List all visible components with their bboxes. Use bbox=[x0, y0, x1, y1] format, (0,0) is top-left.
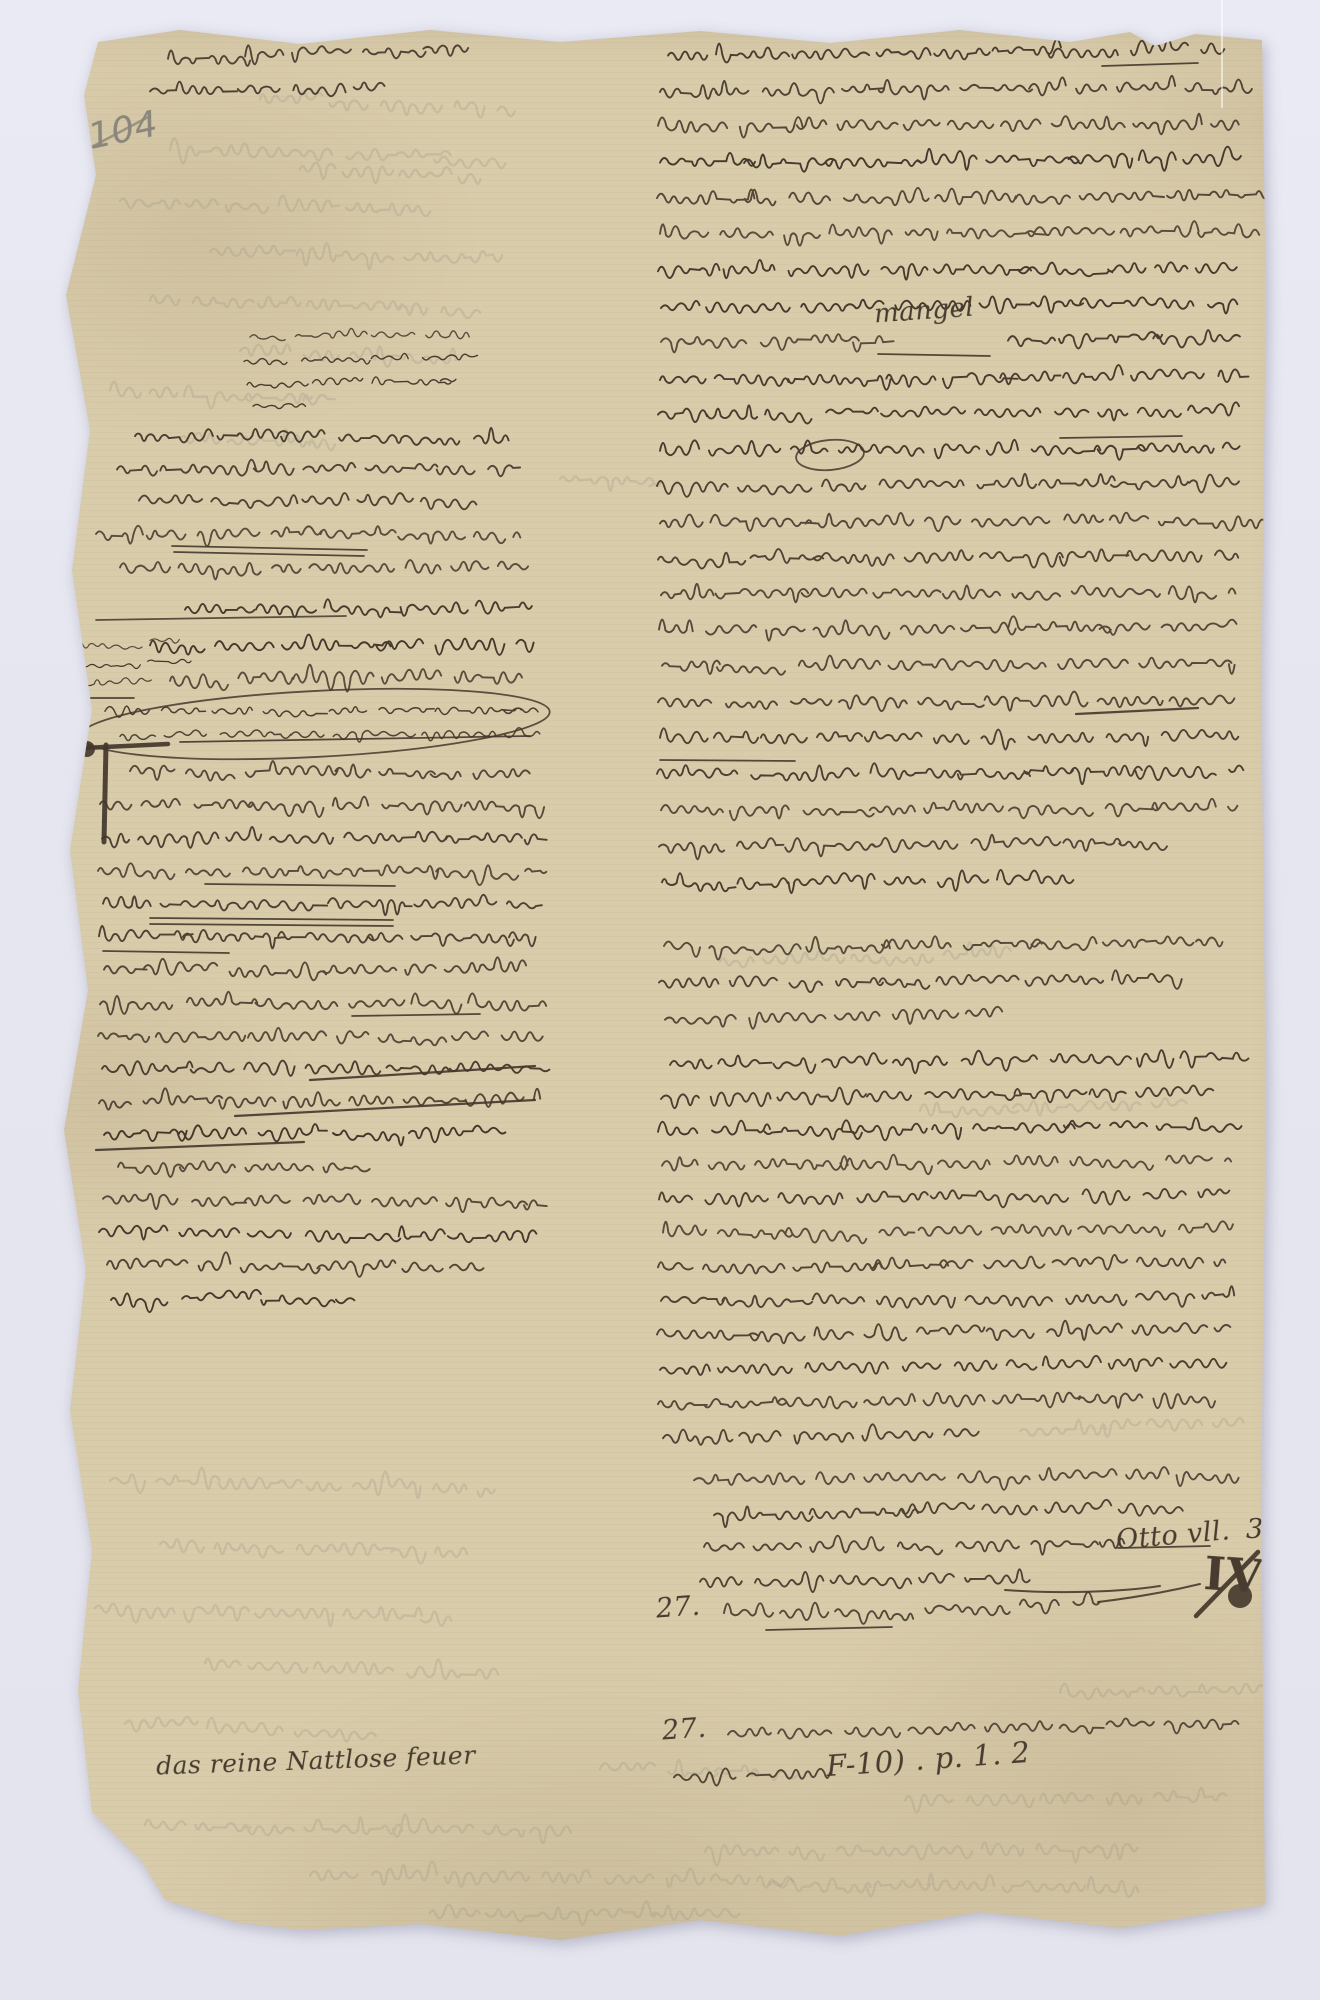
page-number: 104 bbox=[85, 103, 162, 158]
archive-mark-iv: IV bbox=[1202, 1546, 1265, 1604]
legible-fragments-layer: 104 mangel Otto vll. 3. IV 27. 27. F-10)… bbox=[0, 0, 1320, 2000]
footer-note: das reine Nattlose feuer bbox=[156, 1740, 476, 1780]
ref-27-first: 27. bbox=[655, 1590, 702, 1624]
reference-f10-p12: F-10) . p. 1. 2 bbox=[825, 1735, 1031, 1783]
manuscript-page: 104 mangel Otto vll. 3. IV 27. 27. F-10)… bbox=[0, 0, 1320, 2000]
word-mangel-underlined: mangel bbox=[873, 293, 975, 330]
annotation-number-3: 3. bbox=[1246, 1514, 1273, 1545]
scan-crease-line bbox=[1221, 0, 1223, 108]
ref-27-second: 27. bbox=[661, 1712, 708, 1746]
manuscript-scan: 104 mangel Otto vll. 3. IV 27. 27. F-10)… bbox=[0, 0, 1320, 2000]
paper-shadow: 104 mangel Otto vll. 3. IV 27. 27. F-10)… bbox=[0, 0, 1320, 2000]
